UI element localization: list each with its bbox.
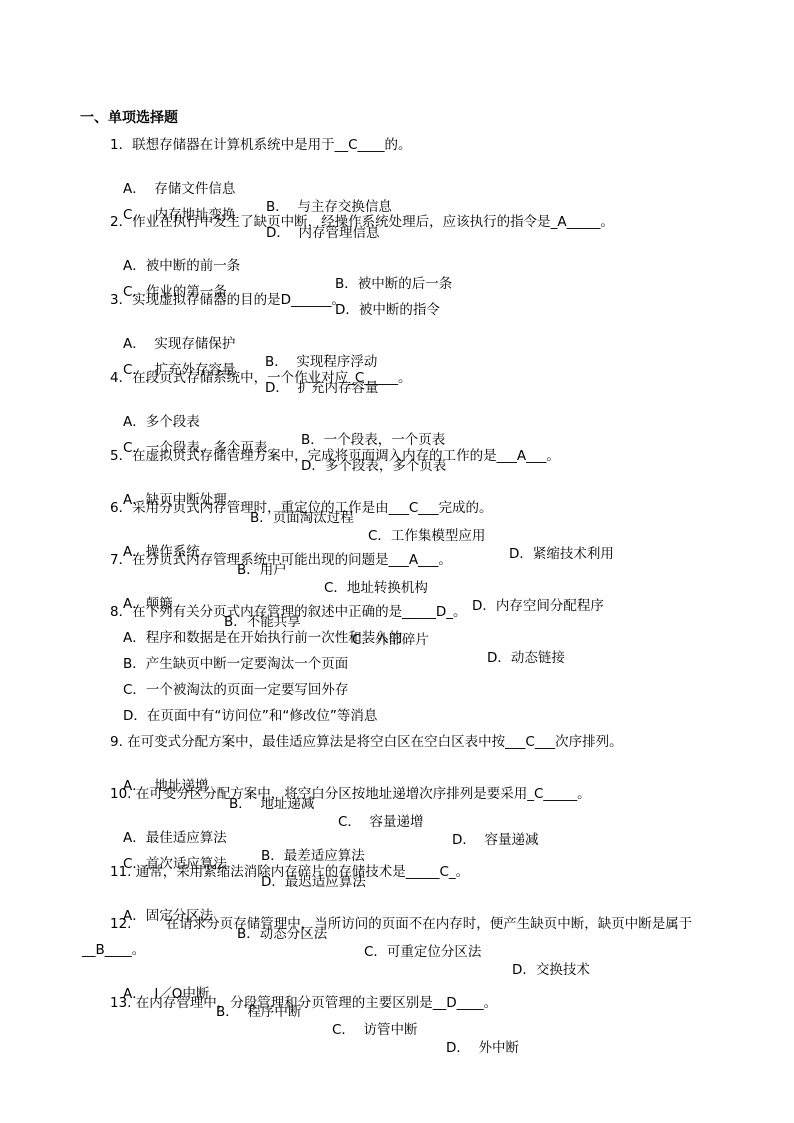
- question-13-stem: 13. 在内存管理中，分段管理和分页管理的主要区别是__D____。: [110, 994, 497, 1012]
- q8-option-a: A．程序和数据是在开始执行前一次性和装入的: [123, 629, 402, 647]
- question-11-stem: 11. 通常，采用紧缩法消除内存碎片的存储技术是_____C_。: [110, 863, 469, 881]
- question-6-stem: 6．采用分页式内存管理时，重定位的工作是由___C___完成的。: [110, 499, 493, 517]
- q8-option-d: D．在页面中有“访问位”和“修改位”等消息: [123, 707, 377, 725]
- q7-option-d: D．动态链接: [487, 649, 565, 667]
- question-1-stem: 1．联想存储器在计算机系统中是用于__C____的。: [110, 136, 412, 154]
- question-7-stem: 7．在分页式内存管理系统中可能出现的问题是___A___。: [110, 551, 452, 569]
- question-4-stem: 4．在段页式存储系统中，一个作业对应_C_____。: [110, 369, 412, 387]
- question-10-stem: 10. 在可变分区分配方案中，将空白分区按地址递增次序排列是要采用_C_____…: [110, 785, 591, 803]
- q8-option-b: B．产生缺页中断一定要淘汰一个页面: [123, 655, 348, 673]
- document-page: 一、单项选择题 1．联想存储器在计算机系统中是用于__C____的。 A． 存储…: [0, 0, 794, 1123]
- question-12-stem-continued: __B____。: [82, 941, 145, 959]
- question-12-options-row: A． I／O中断 B． 程序中断 C． 访管中断 D． 外中断: [123, 967, 763, 1075]
- question-9-stem: 9. 在可变式分配方案中，最佳适应算法是将空白区在空白区表中按___C___次序…: [110, 733, 623, 751]
- question-2-stem: 2．作业在执行中发生了缺页中断，经操作系统处理后，应该执行的指令是_A_____…: [110, 213, 614, 231]
- q8-option-c: C．一个被淘汰的页面一定要写回外存: [123, 681, 348, 699]
- question-8-stem: 8．在下列有关分页式内存管理的叙述中正确的是_____D_。: [110, 603, 466, 621]
- question-5-stem: 5．在虚拟页式存储管理方案中，完成将页面调入内存的工作的是___A___。: [110, 447, 560, 465]
- q11-option-c: C．可重定位分区法: [364, 943, 481, 961]
- q12-option-d: D． 外中断: [446, 1039, 519, 1057]
- q12-option-c: C． 访管中断: [332, 1021, 418, 1039]
- section-heading: 一、单项选择题: [80, 109, 178, 127]
- question-3-stem: 3．实现虚拟存储器的目的是D______。: [110, 291, 345, 309]
- question-12-stem: 12. 在请求分页存储管理中，当所访问的页面不在内存时，便产生缺页中断，缺页中断…: [110, 915, 692, 933]
